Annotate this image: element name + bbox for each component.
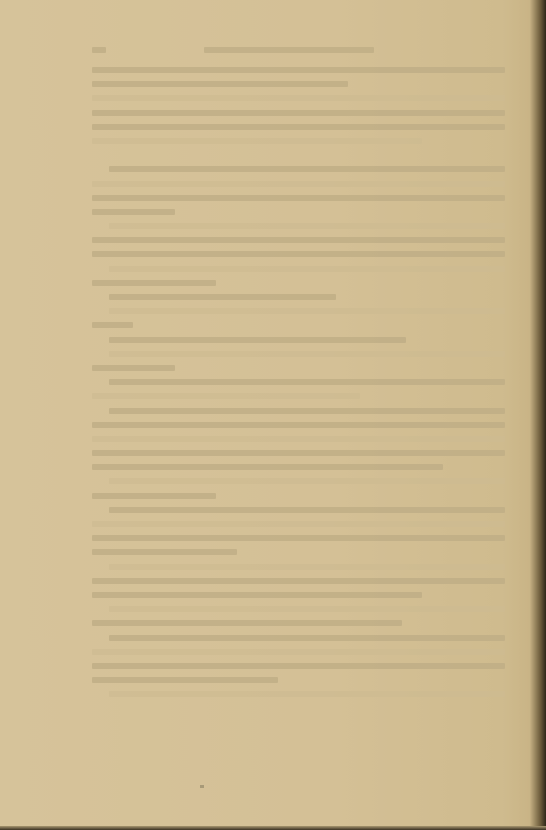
illegible-text — [92, 195, 505, 201]
illegible-text — [92, 67, 505, 73]
illegible-text — [92, 209, 175, 215]
text-line — [92, 645, 505, 659]
page-body-text — [92, 63, 505, 701]
illegible-text — [109, 379, 505, 385]
page-bottom-edge — [0, 826, 546, 830]
text-line — [92, 673, 505, 687]
text-line — [92, 574, 505, 588]
text-line — [92, 545, 505, 559]
text-line — [92, 177, 505, 191]
text-line — [92, 659, 505, 673]
text-line — [92, 233, 505, 247]
text-line — [92, 318, 505, 332]
illegible-text — [92, 521, 505, 527]
text-line — [92, 474, 505, 488]
illegible-text — [109, 166, 505, 172]
text-line — [92, 560, 505, 574]
text-line — [92, 404, 505, 418]
illegible-text — [92, 592, 422, 598]
illegible-text — [109, 691, 505, 697]
text-line — [92, 489, 505, 503]
illegible-text — [92, 110, 505, 116]
illegible-text — [92, 493, 216, 499]
page-number: [illegible page number] — [92, 45, 186, 56]
illegible-text — [92, 663, 505, 669]
illegible-text — [92, 181, 505, 187]
text-line — [92, 77, 505, 91]
illegible-text — [109, 223, 505, 229]
text-line — [92, 148, 505, 162]
illegible-text — [92, 95, 505, 101]
illegible-text — [92, 365, 175, 371]
illegible-text — [109, 507, 505, 513]
text-line — [92, 276, 505, 290]
illegible-text — [92, 280, 216, 286]
illegible-text — [109, 337, 406, 343]
illegible-text — [109, 308, 505, 314]
illegible-text — [92, 138, 422, 144]
text-line — [92, 432, 505, 446]
illegible-text — [109, 408, 505, 414]
illegible-text — [92, 81, 348, 87]
text-line — [92, 460, 505, 474]
text-line — [92, 418, 505, 432]
text-line — [92, 333, 505, 347]
text-line — [92, 631, 505, 645]
page-mark — [200, 785, 204, 788]
illegible-text — [92, 535, 505, 541]
text-line — [92, 162, 505, 176]
illegible-text — [92, 322, 133, 328]
illegible-text — [92, 450, 505, 456]
text-line — [92, 616, 505, 630]
illegible-text — [92, 677, 278, 683]
text-line — [92, 91, 505, 105]
text-line — [92, 531, 505, 545]
illegible-text — [109, 635, 505, 641]
text-line — [92, 219, 505, 233]
illegible-text — [92, 649, 505, 655]
text-line — [92, 517, 505, 531]
illegible-text — [92, 237, 505, 243]
illegible-text — [92, 549, 237, 555]
text-line — [92, 687, 505, 701]
illegible-header-text — [204, 47, 374, 53]
illegible-text — [92, 393, 360, 399]
text-line — [92, 304, 505, 318]
illegible-text — [92, 124, 505, 130]
text-line — [92, 120, 505, 134]
illegible-text — [92, 251, 505, 257]
text-line — [92, 361, 505, 375]
text-line — [92, 588, 505, 602]
text-line — [92, 290, 505, 304]
illegible-text — [109, 294, 336, 300]
illegible-header-text — [92, 47, 106, 53]
text-line — [92, 375, 505, 389]
text-line — [92, 134, 505, 148]
illegible-text — [92, 578, 505, 584]
text-line — [92, 602, 505, 616]
illegible-text — [92, 464, 443, 470]
illegible-text — [92, 436, 505, 442]
text-line — [92, 503, 505, 517]
book-page: [illegible page number] [illegible runni… — [0, 0, 546, 830]
illegible-text — [109, 564, 505, 570]
text-line — [92, 191, 505, 205]
text-line — [92, 106, 505, 120]
illegible-text — [92, 422, 505, 428]
page-header: [illegible page number] [illegible runni… — [92, 45, 502, 57]
text-line — [92, 347, 505, 361]
text-line — [92, 205, 505, 219]
text-line — [92, 63, 505, 77]
illegible-text — [109, 478, 505, 484]
illegible-text — [92, 620, 402, 626]
illegible-text — [109, 351, 505, 357]
text-line — [92, 262, 505, 276]
text-line — [92, 389, 505, 403]
text-line — [92, 247, 505, 261]
illegible-text — [109, 266, 505, 272]
illegible-text — [109, 606, 505, 612]
text-line — [92, 446, 505, 460]
